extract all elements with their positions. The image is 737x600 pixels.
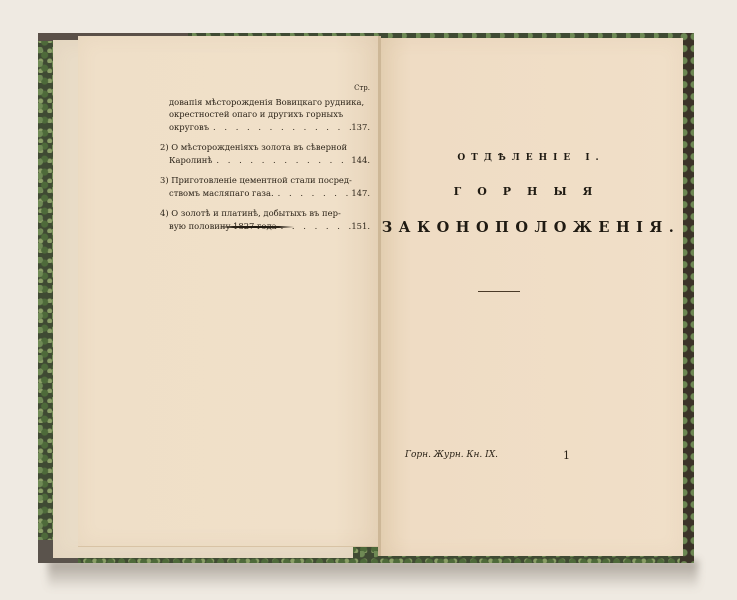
page-column-label: Стр. [160,82,370,95]
book-gutter [378,36,381,556]
toc-entry-text: довапія мѣсторожденія Вовицкаго рудника, [160,96,370,109]
toc-entry-text: 3) Приготовленіе цементной стали посред- [160,174,370,187]
toc-entry-last-line: ствомъ масляпаго газа. . . . . . . . . .… [160,187,370,200]
section-title: ОТДѢЛЕНІЕ I. [381,153,681,163]
toc-page-number: 147. [351,187,370,200]
toc-entry-text: ствомъ масляпаго газа. [169,187,274,200]
toc-entry: 4) О золотѣ и платинѣ, добытыхъ въ пер- … [160,207,370,232]
toc-entry: 3) Приготовленіе цементной стали посред-… [160,174,370,199]
toc-entry: 2) О мѣсторожденіяхъ золота въ сѣверной … [160,141,370,166]
toc-entry-text: 4) О золотѣ и платинѣ, добытыхъ въ пер- [160,207,370,220]
signature-mark: Горн. Журн. Кн. IX. [405,450,498,460]
toc-page-number: 151. [351,220,370,233]
table-of-contents: Стр. довапія мѣсторожденія Вовицкаго руд… [160,82,370,240]
right-page [381,38,683,556]
heading-line-2: ЗАКОНОПОЛОЖЕНІЯ. [381,219,681,236]
toc-entry-text: Каролинѣ [169,154,212,167]
toc-entry-last-line: округовъ . . . . . . . . . . . . . . . .… [160,121,370,134]
toc-page-number: 144. [351,154,370,167]
ornamental-rule [218,226,294,228]
leader-dots: . . . . . . . . . . . . . . . . [209,121,351,134]
toc-entry-text: окрестностей опаго и другихъ горныхъ [160,108,370,121]
leader-dots: . . . . . . . . . . . . . . . . [274,187,352,200]
leader-dots: . . . . . . . . . . . . . . . . [212,154,351,167]
toc-entry-text: 2) О мѣсторожденіяхъ золота въ сѣверной [160,141,370,154]
toc-page-number: 137. [351,121,370,134]
toc-entry: довапія мѣсторожденія Вовицкаго рудника,… [160,96,370,134]
toc-entry-text: округовъ [169,121,209,134]
divider-rule [478,291,520,292]
heading-line-1: ГОРНЫЯ [381,185,681,198]
book-shadow [48,560,698,590]
page-number: 1 [563,449,570,462]
toc-entry-last-line: Каролинѣ . . . . . . . . . . . . . . . .… [160,154,370,167]
